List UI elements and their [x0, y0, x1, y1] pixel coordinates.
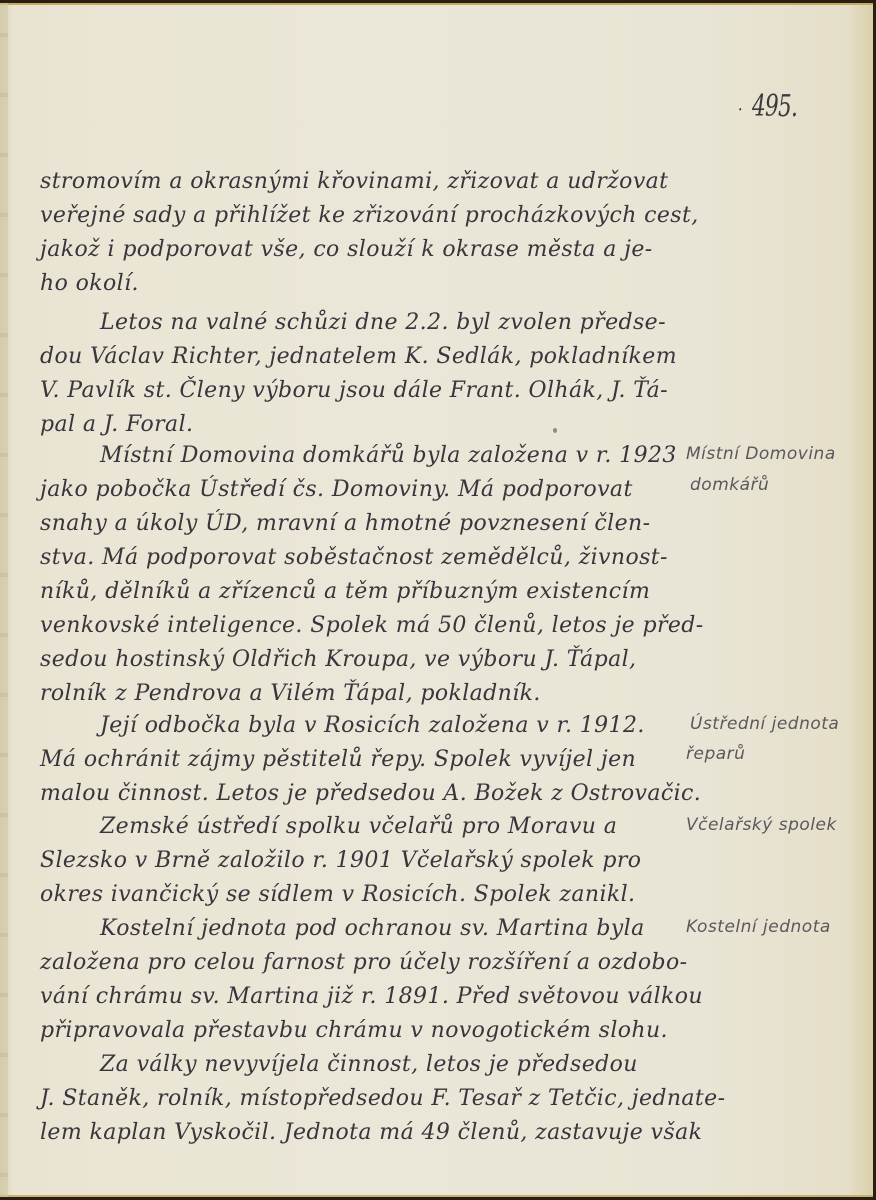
- text-line: lem kaplan Vyskočil. Jednota má 49 členů…: [40, 1120, 702, 1145]
- text-line: J. Staněk, rolník, místopředsedou F. Tes…: [40, 1086, 725, 1111]
- text-line: Kostelní jednota pod ochranou sv. Martin…: [100, 916, 645, 941]
- text-line: veřejné sady a přihlížet ke zřizování pr…: [40, 203, 699, 228]
- margin-note: řeparů: [686, 744, 745, 764]
- text-line: dou Václav Richter, jednatelem K. Sedlák…: [40, 344, 677, 369]
- text-line: rolník z Pendrova a Vilém Ťápal, pokladn…: [40, 681, 541, 706]
- text-line: Zemské ústředí spolku včelařů pro Moravu…: [100, 814, 617, 839]
- text-line: pal a J. Foral.: [40, 412, 193, 437]
- text-line: jako pobočka Ústředí čs. Domoviny. Má po…: [40, 477, 633, 502]
- text-line: Za války nevyvíjela činnost, letos je př…: [100, 1052, 638, 1077]
- text-line: níků, dělníků a zřízenců a těm příbuzným…: [40, 579, 650, 604]
- ink-speck: [553, 428, 557, 433]
- manuscript-page: ·495. stromovím a okrasnými křovinami, z…: [0, 3, 873, 1197]
- text-line: V. Pavlík st. Členy výboru jsou dále Fra…: [40, 378, 668, 403]
- text-line: sedou hostinský Oldřich Kroupa, ve výbor…: [40, 647, 636, 672]
- text-line: Slezsko v Brně založilo r. 1901 Včelařsk…: [40, 848, 641, 873]
- text-line: připravovala přestavbu chrámu v novogoti…: [40, 1018, 668, 1043]
- text-line: ho okolí.: [40, 271, 139, 296]
- text-line: stva. Má podporovat soběstačnost zeměděl…: [40, 545, 668, 570]
- text-line: Její odbočka byla v Rosicích založena v …: [100, 713, 645, 738]
- text-line: malou činnost. Letos je předsedou A. Bož…: [40, 781, 701, 806]
- margin-note: Ústřední jednota: [690, 714, 839, 734]
- text-line: vání chrámu sv. Martina již r. 1891. Pře…: [40, 984, 703, 1009]
- margin-note: domkářů: [690, 475, 769, 495]
- text-line: Má ochránit zájmy pěstitelů řepy. Spolek…: [40, 747, 636, 772]
- text-line: založena pro celou farnost pro účely roz…: [40, 950, 687, 975]
- margin-note: Kostelní jednota: [686, 917, 831, 937]
- margin-note: Včelařský spolek: [686, 815, 837, 835]
- text-line: Místní Domovina domkářů byla založena v …: [100, 443, 677, 468]
- text-line: jakož i podporovat vše, co slouží k okra…: [40, 237, 653, 262]
- text-line: stromovím a okrasnými křovinami, zřizova…: [40, 169, 668, 194]
- page-number: ·495.: [738, 89, 797, 124]
- page-number-text: 495.: [752, 89, 797, 124]
- page-number-dot: ·: [738, 97, 742, 121]
- margin-note: Místní Domovina: [686, 444, 836, 464]
- text-line: snahy a úkoly ÚD, mravní a hmotné povzne…: [40, 511, 650, 536]
- text-line: venkovské inteligence. Spolek má 50 člen…: [40, 613, 704, 638]
- binding-edge: [0, 3, 8, 1197]
- text-line: okres ivančický se sídlem v Rosicích. Sp…: [40, 882, 635, 907]
- text-line: Letos na valné schůzi dne 2.2. byl zvole…: [100, 310, 666, 335]
